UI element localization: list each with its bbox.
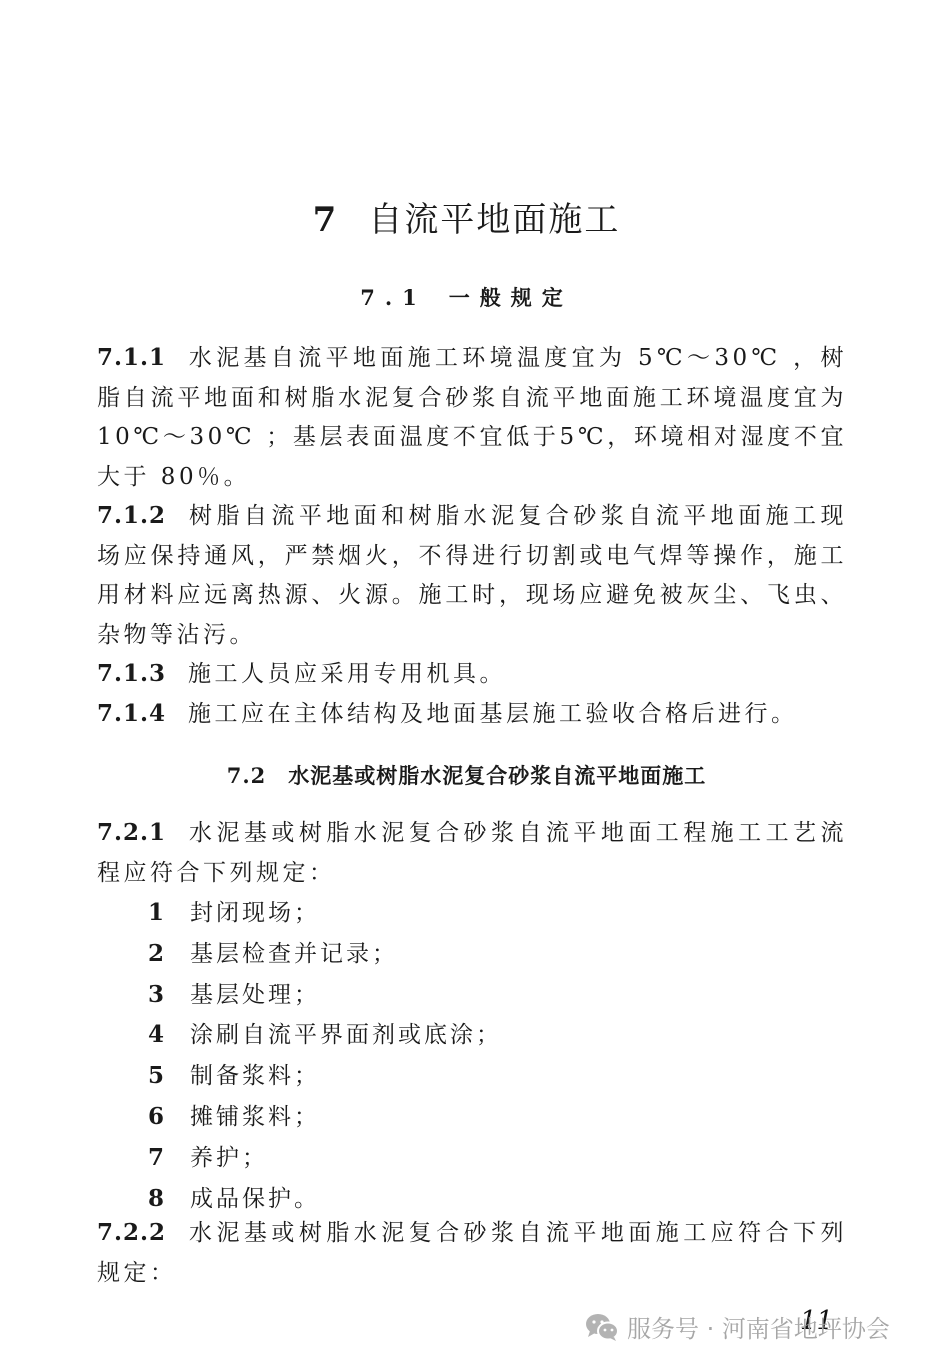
clause-text: 水泥基或树脂水泥复合砂浆自流平地面工程施工工艺流程应符合下列规定： — [97, 820, 847, 886]
clause-7-2-1: 7.2.1水泥基或树脂水泥复合砂浆自流平地面工程施工工艺流程应符合下列规定： — [97, 813, 847, 893]
item-text: 基层处理； — [190, 982, 320, 1008]
list-item: 2基层检查并记录； — [148, 934, 502, 975]
item-number: 5 — [148, 1056, 190, 1096]
item-number: 1 — [148, 893, 190, 933]
chapter-title: 7自流平地面施工 — [0, 192, 933, 241]
clause-7-1-4: 7.1.4施工应在主体结构及地面基层施工验收合格后进行。 — [97, 694, 847, 735]
clause-text: 施工应在主体结构及地面基层施工验收合格后进行。 — [188, 701, 798, 727]
section-number: 7.1 — [360, 285, 427, 310]
item-number: 4 — [148, 1015, 190, 1055]
item-text: 封闭现场； — [190, 900, 320, 926]
list-item: 3基层处理； — [148, 975, 502, 1016]
item-number: 6 — [148, 1097, 190, 1137]
section-title-text: 一般规定 — [449, 286, 573, 310]
item-text: 涂刷自流平界面剂或底涂； — [190, 1022, 502, 1048]
list-item: 4涂刷自流平界面剂或底涂； — [148, 1015, 502, 1056]
item-number: 7 — [148, 1138, 190, 1178]
list-item: 5制备浆料； — [148, 1056, 502, 1097]
process-steps-list: 1封闭现场； 2基层检查并记录； 3基层处理； 4涂刷自流平界面剂或底涂； 5制… — [148, 893, 502, 1219]
clause-7-1-2: 7.1.2树脂自流平地面和树脂水泥复合砂浆自流平地面施工现场应保持通风，严禁烟火… — [97, 496, 847, 655]
watermark-text: 服务号 · 河南省地坪协会 — [627, 1309, 890, 1344]
chapter-number: 7 — [313, 200, 339, 240]
clause-number: 7.1.2 — [97, 502, 166, 529]
section-heading-7-2: 7.2水泥基或树脂水泥复合砂浆自流平地面施工 — [0, 760, 933, 790]
item-text: 基层检查并记录； — [190, 941, 398, 967]
item-number: 2 — [148, 934, 190, 974]
section-number: 7.2 — [227, 763, 267, 788]
clause-number: 7.1.1 — [97, 344, 166, 371]
list-item: 7养护； — [148, 1138, 502, 1179]
clause-text: 水泥基自流平地面施工环境温度宜为 5℃～30℃ ，树脂自流平地面和树脂水泥复合砂… — [97, 345, 847, 490]
clause-text: 水泥基或树脂水泥复合砂浆自流平地面施工应符合下列规定： — [97, 1220, 847, 1286]
clause-number: 7.2.2 — [97, 1219, 166, 1246]
item-text: 成品保护。 — [190, 1186, 320, 1212]
document-page: 7自流平地面施工 7.1一般规定 7.1.1水泥基自流平地面施工环境温度宜为 5… — [0, 0, 933, 1365]
clause-text: 施工人员应采用专用机具。 — [188, 661, 506, 687]
item-text: 摊铺浆料； — [190, 1104, 320, 1130]
clause-7-2-2: 7.2.2水泥基或树脂水泥复合砂浆自流平地面施工应符合下列规定： — [97, 1213, 847, 1293]
list-item: 1封闭现场； — [148, 893, 502, 934]
clause-number: 7.2.1 — [97, 819, 166, 846]
wechat-icon — [585, 1312, 619, 1342]
item-text: 制备浆料； — [190, 1063, 320, 1089]
clause-text: 树脂自流平地面和树脂水泥复合砂浆自流平地面施工现场应保持通风，严禁烟火，不得进行… — [97, 503, 847, 648]
item-number: 3 — [148, 975, 190, 1015]
clause-7-1-3: 7.1.3施工人员应采用专用机具。 — [97, 654, 847, 695]
clause-number: 7.1.4 — [97, 700, 166, 727]
section-title-text: 水泥基或树脂水泥复合砂浆自流平地面施工 — [288, 764, 706, 788]
section-heading-7-1: 7.1一般规定 — [0, 282, 933, 312]
item-text: 养护； — [190, 1145, 268, 1171]
list-item: 6摊铺浆料； — [148, 1097, 502, 1138]
clause-7-1-1: 7.1.1水泥基自流平地面施工环境温度宜为 5℃～30℃ ，树脂自流平地面和树脂… — [97, 338, 847, 497]
watermark: 服务号 · 河南省地坪协会 — [585, 1309, 890, 1344]
chapter-title-text: 自流平地面施工 — [368, 200, 620, 240]
clause-number: 7.1.3 — [97, 660, 166, 687]
